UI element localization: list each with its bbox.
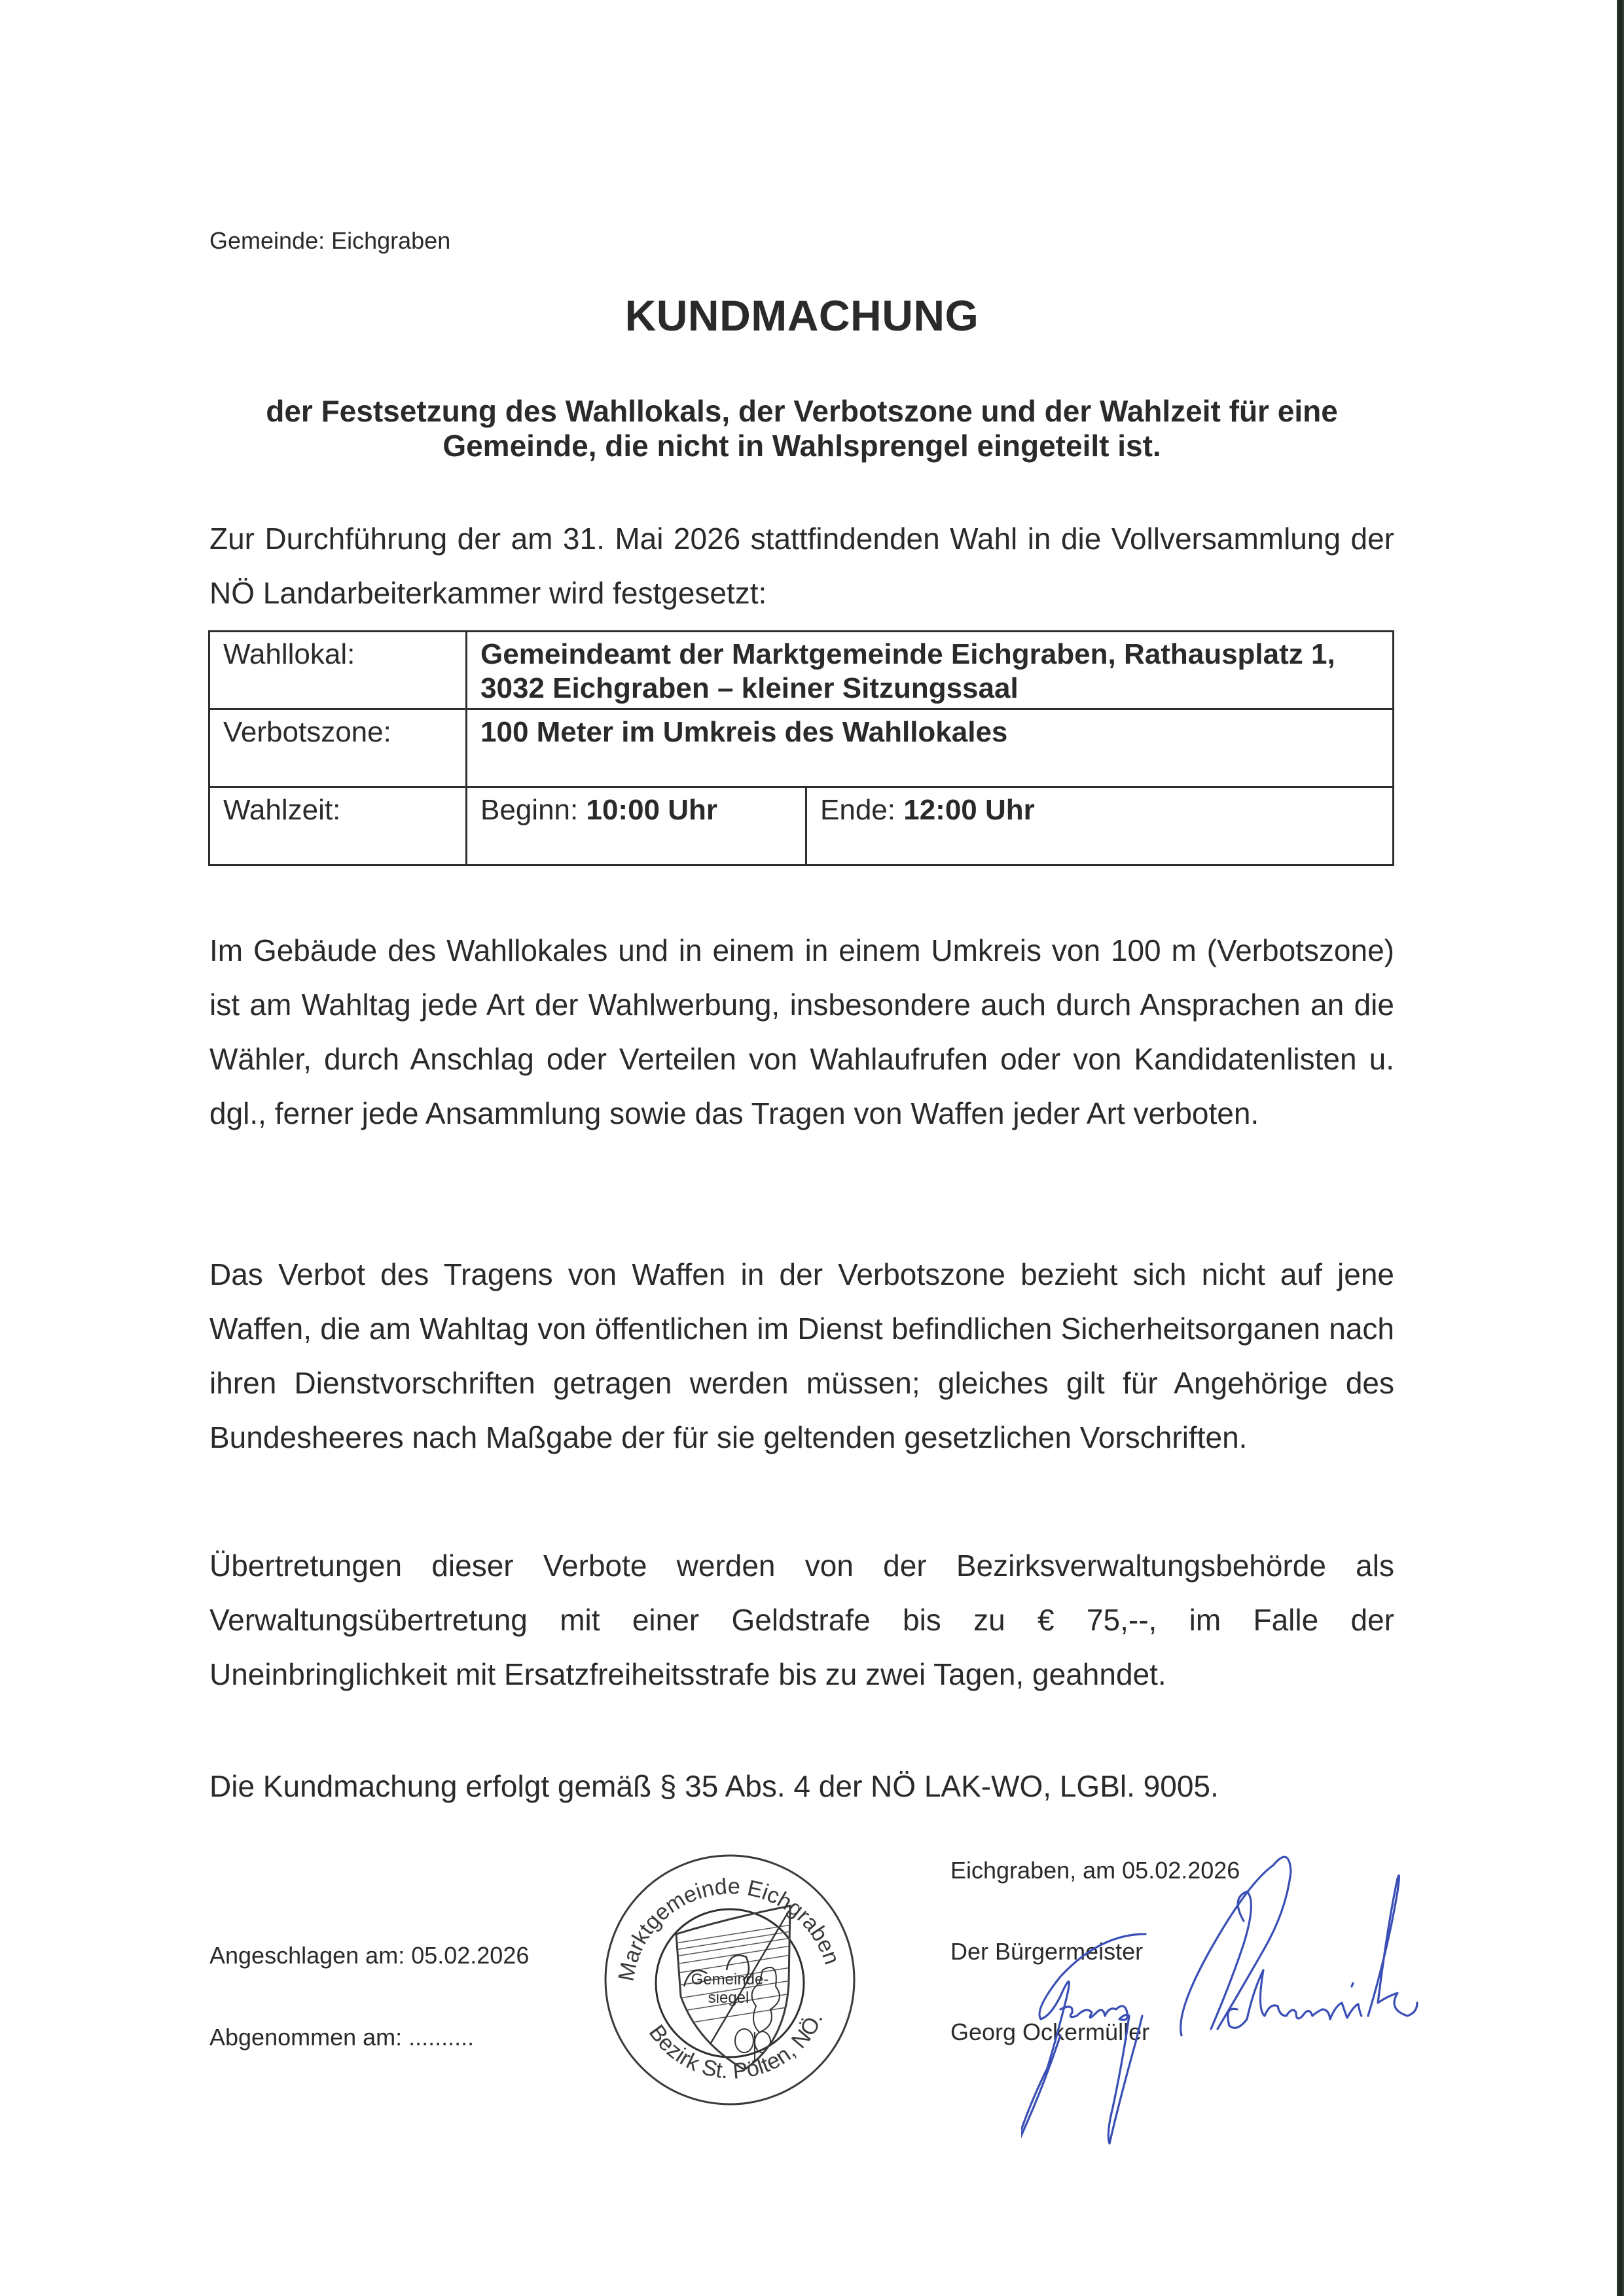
intro-paragraph: Zur Durchführung der am 31. Mai 2026 sta… — [209, 512, 1394, 620]
mayor-signature-icon — [1021, 1820, 1545, 2166]
polling-station-value: Gemeindeamt der Marktgemeinde Eichgraben… — [467, 632, 1394, 709]
table-row-restricted-zone: Verbotszone: 100 Meter im Umkreis des Wa… — [209, 709, 1394, 787]
municipality-line: Gemeinde: Eichgraben — [209, 226, 450, 255]
seal-center-line-1: Gemeinde- — [691, 1971, 769, 1988]
posted-date: Angeschlagen am: 05.02.2026 — [209, 1941, 529, 1970]
paragraph-penalties: Übertretungen dieser Verbote werden von … — [209, 1539, 1394, 1702]
scan-edge — [1617, 0, 1624, 2296]
svg-text:Marktgemeinde Eichgraben: Marktgemeinde Eichgraben — [613, 1874, 844, 1983]
seal-top-text: Marktgemeinde Eichgraben — [613, 1874, 844, 1983]
voting-end-label: Ende: — [820, 794, 895, 826]
subtitle-line-1: der Festsetzung des Wahllokals, der Verb… — [209, 394, 1394, 429]
voting-end-cell: Ende: 12:00 Uhr — [806, 787, 1394, 865]
voting-begin-label: Beginn: — [480, 794, 578, 826]
paragraph-legal-basis: Die Kundmachung erfolgt gemäß § 35 Abs. … — [209, 1759, 1394, 1814]
paragraph-prohibitions: Im Gebäude des Wahllokales und in einem … — [209, 924, 1394, 1141]
removed-date: Abgenommen am: .......... — [209, 2023, 474, 2052]
voting-begin-value: 10:00 Uhr — [586, 794, 717, 826]
restricted-zone-label: Verbotszone: — [209, 709, 467, 787]
document-title: KUNDMACHUNG — [0, 292, 1604, 339]
seal-center-line-2: siegel — [708, 1989, 749, 2007]
table-row-voting-time: Wahlzeit: Beginn: 10:00 Uhr Ende: 12:00 … — [209, 787, 1394, 865]
election-info-table: Wahllokal: Gemeindeamt der Marktgemeinde… — [208, 630, 1394, 866]
voting-time-label: Wahlzeit: — [209, 787, 467, 865]
subtitle-line-2: Gemeinde, die nicht in Wahlsprengel eing… — [209, 429, 1394, 463]
municipal-seal-icon: Marktgemeinde Eichgraben Bezirk St. Pölt… — [599, 1846, 861, 2108]
polling-station-label: Wahllokal: — [209, 632, 467, 709]
voting-end-value: 12:00 Uhr — [903, 794, 1035, 826]
paragraph-weapons-exception: Das Verbot des Tragens von Waffen in der… — [209, 1247, 1394, 1465]
document-subtitle: der Festsetzung des Wahllokals, der Verb… — [209, 394, 1394, 463]
voting-begin-cell: Beginn: 10:00 Uhr — [467, 787, 806, 865]
table-row-polling-station: Wahllokal: Gemeindeamt der Marktgemeinde… — [209, 632, 1394, 709]
restricted-zone-value: 100 Meter im Umkreis des Wahllokales — [467, 709, 1394, 787]
